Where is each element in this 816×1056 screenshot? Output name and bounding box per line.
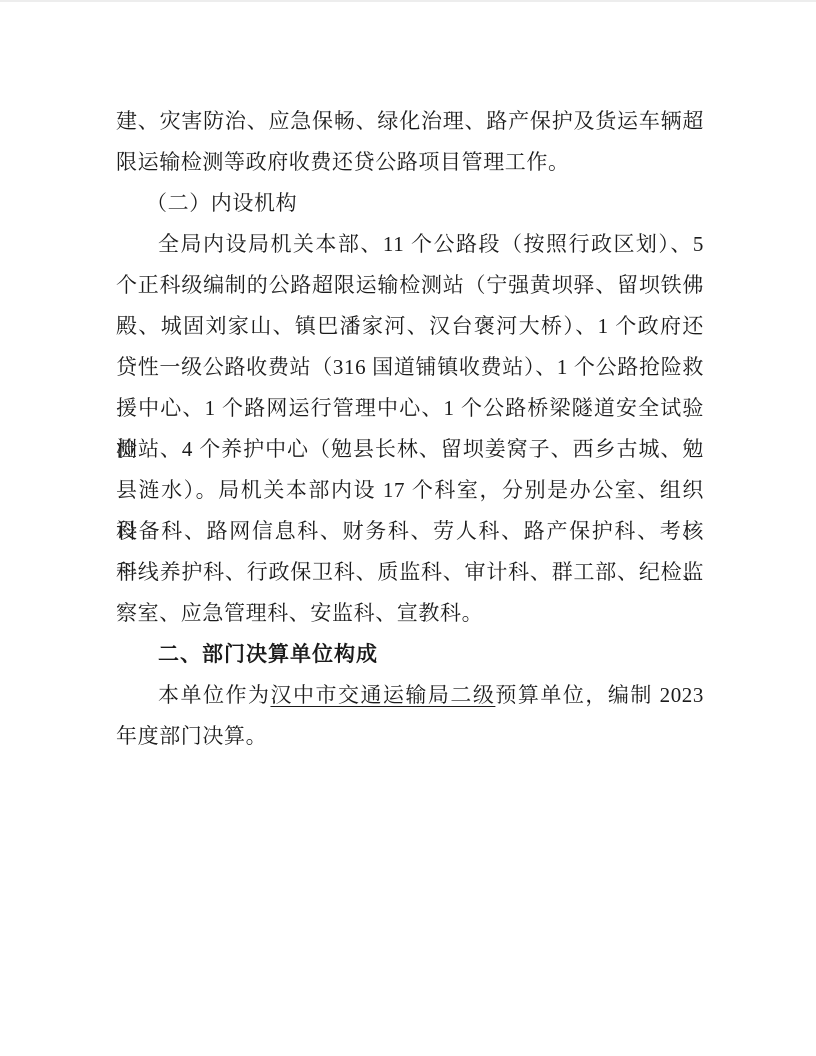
body-line: 察室、应急管理科、安监科、宣教科。 — [116, 593, 704, 634]
text-segment: 全局内设局机关本部、11 个公路段（按照行政区划）、5 — [158, 232, 704, 256]
body-line: 建、灾害防治、应急保畅、绿化治理、路产保护及货运车辆超 — [116, 101, 704, 142]
subsection-heading: （二）内设机构 — [116, 183, 704, 224]
section-heading: 二、部门决算单位构成 — [116, 634, 704, 675]
document-page: 建、灾害防治、应急保畅、绿化治理、路产保护及货运车辆超限运输检测等政府收费还贷公… — [0, 0, 816, 1056]
text-segment: 贷性一级公路收费站（316 国道铺镇收费站）、1 个公路抢险救 — [116, 355, 704, 379]
body-line: 殿、城固刘家山、镇巴潘家河、汉台褒河大桥）、1 个政府还 — [116, 306, 704, 347]
text-segment: 年度部门决算。 — [116, 724, 267, 748]
text-segment: 限运输检测等政府收费还贷公路项目管理工作。 — [116, 150, 570, 174]
text-segment: 建、灾害防治、应急保畅、绿化治理、路产保护及货运车辆超 — [116, 109, 704, 133]
text-segment: 干线养护科、行政保卫科、质监科、审计科、群工部、纪检监 — [116, 560, 704, 584]
body-line: 贷性一级公路收费站（316 国道铺镇收费站）、1 个公路抢险救 — [116, 347, 704, 388]
text-segment: 本单位作为 — [158, 683, 270, 707]
body-line: 干线养护科、行政保卫科、质监科、审计科、群工部、纪检监 — [116, 552, 704, 593]
underlined-text: 汉中市交通运输局二级 — [270, 683, 495, 707]
body-line: 全局内设局机关本部、11 个公路段（按照行政区划）、5 — [116, 224, 704, 265]
text-segment: 殿、城固刘家山、镇巴潘家河、汉台褒河大桥）、1 个政府还 — [116, 314, 704, 338]
text-segment: 察室、应急管理科、安监科、宣教科。 — [116, 601, 483, 625]
body-line: 个正科级编制的公路超限运输检测站（宁强黄坝驿、留坝铁佛 — [116, 265, 704, 306]
text-segment: 测站、4 个养护中心（勉县长林、留坝姜窝子、西乡古城、勉 — [116, 437, 704, 461]
body-line: 援中心、1 个路网运行管理中心、1 个公路桥梁隧道安全试验检 — [116, 388, 704, 429]
body-line: 年度部门决算。 — [116, 716, 704, 757]
body-line: 设备科、路网信息科、财务科、劳人科、路产保护科、考核科、 — [116, 511, 704, 552]
body-line: 县涟水）。局机关本部内设 17 个科室，分别是办公室、组织科、 — [116, 470, 704, 511]
text-segment: 个正科级编制的公路超限运输检测站（宁强黄坝驿、留坝铁佛 — [116, 273, 704, 297]
text-segment: （二）内设机构 — [146, 191, 297, 215]
document-body: 建、灾害防治、应急保畅、绿化治理、路产保护及货运车辆超限运输检测等政府收费还贷公… — [116, 101, 704, 757]
page-top-edge — [0, 0, 816, 2]
body-line: 限运输检测等政府收费还贷公路项目管理工作。 — [116, 142, 704, 183]
body-line: 测站、4 个养护中心（勉县长林、留坝姜窝子、西乡古城、勉 — [116, 429, 704, 470]
body-line: 本单位作为汉中市交通运输局二级预算单位，编制 2023 — [116, 675, 704, 716]
text-segment: 二、部门决算单位构成 — [158, 643, 378, 666]
text-segment: 预算单位，编制 2023 — [495, 683, 704, 707]
